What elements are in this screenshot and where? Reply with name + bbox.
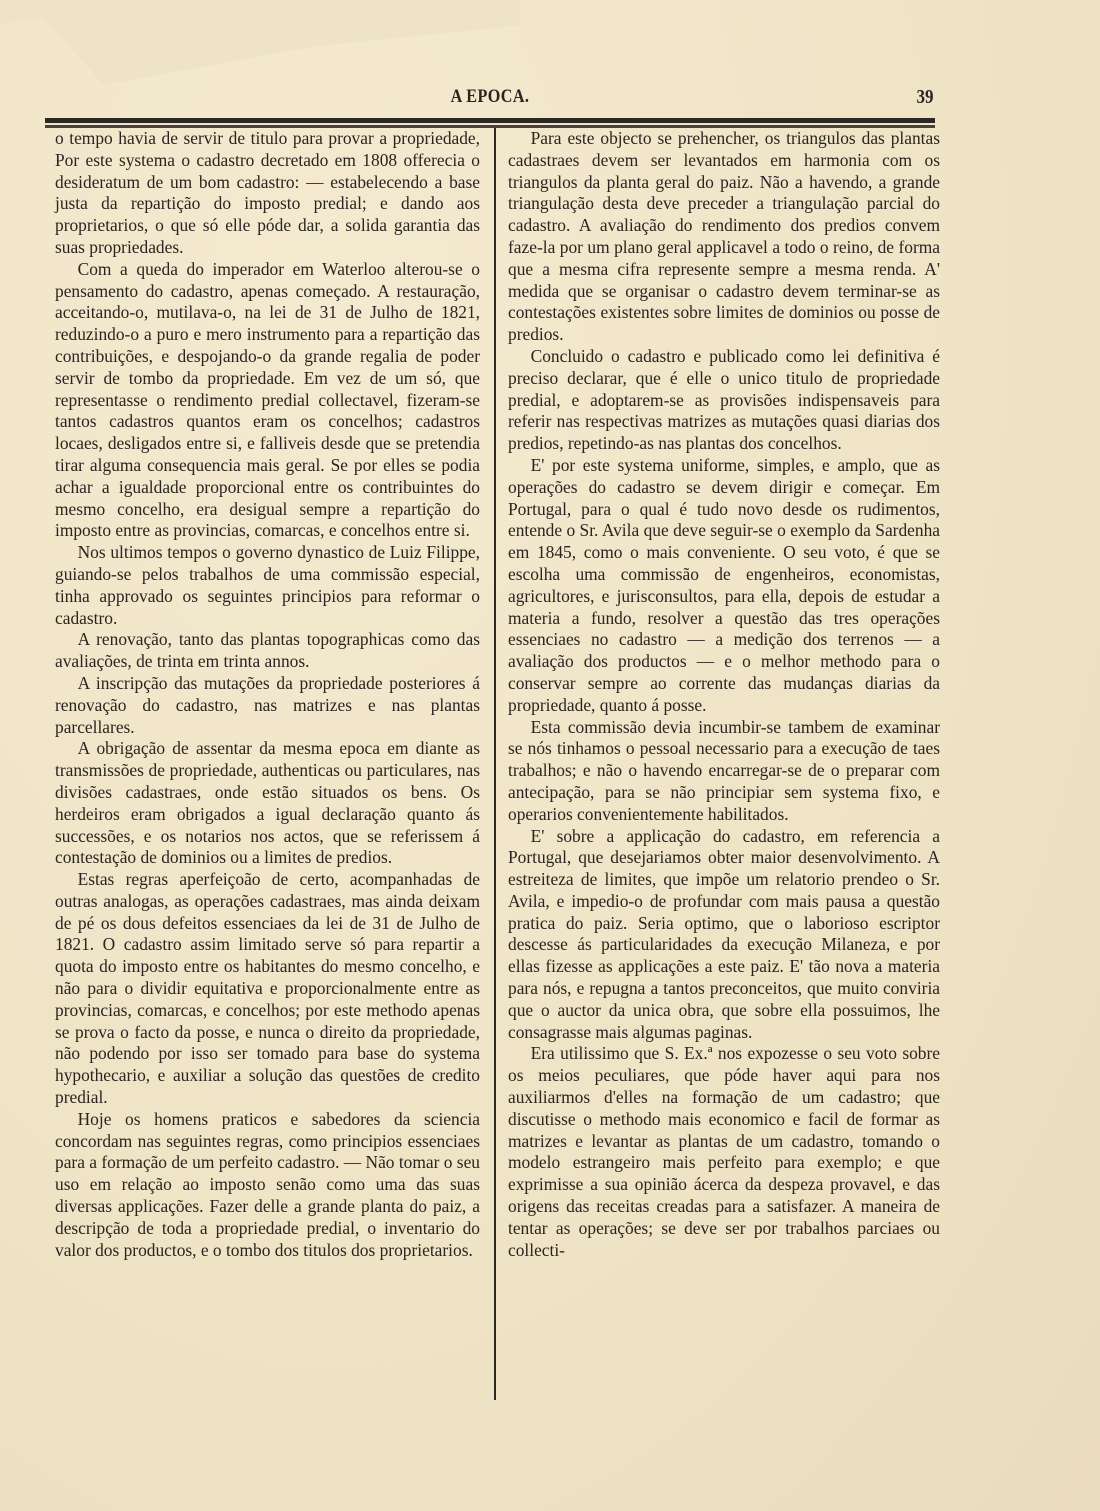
paragraph: E' por este systema uniforme, simples, e… <box>508 455 940 717</box>
paper-fold-shadow <box>0 0 520 85</box>
left-column: o tempo havia de servir de titulo para p… <box>55 128 480 1261</box>
paragraph: Nos ultimos tempos o governo dynastico d… <box>55 542 480 629</box>
paragraph: A inscripção das mutações da propriedade… <box>55 673 480 738</box>
paragraph: Para este objecto se prehencher, os tria… <box>508 128 940 346</box>
running-title: A EPOCA. <box>112 86 869 108</box>
paragraph: Esta commissão devia incumbir-se tambem … <box>508 717 940 826</box>
right-column: Para este objecto se prehencher, os tria… <box>508 128 940 1261</box>
paragraph: E' sobre a applicação do cadastro, em re… <box>508 826 940 1044</box>
paragraph: Com a queda do imperador em Waterloo alt… <box>55 259 480 542</box>
paragraph: o tempo havia de servir de titulo para p… <box>55 128 480 259</box>
paragraph: Estas regras aperfeiçoão de certo, acomp… <box>55 869 480 1109</box>
paragraph: A obrigação de assentar da mesma epoca e… <box>55 738 480 869</box>
page-number: 39 <box>917 86 934 109</box>
paragraph: Era utilissimo que S. Ex.ª nos expozesse… <box>508 1043 940 1261</box>
page-header: A EPOCA. 39 <box>45 86 935 114</box>
paragraph: Hoje os homens praticos e sabedores da s… <box>55 1109 480 1262</box>
paragraph: A renovação, tanto das plantas topograph… <box>55 629 480 673</box>
column-divider <box>494 128 496 1400</box>
header-rule <box>45 118 935 125</box>
paragraph: Concluido o cadastro e publicado como le… <box>508 346 940 455</box>
